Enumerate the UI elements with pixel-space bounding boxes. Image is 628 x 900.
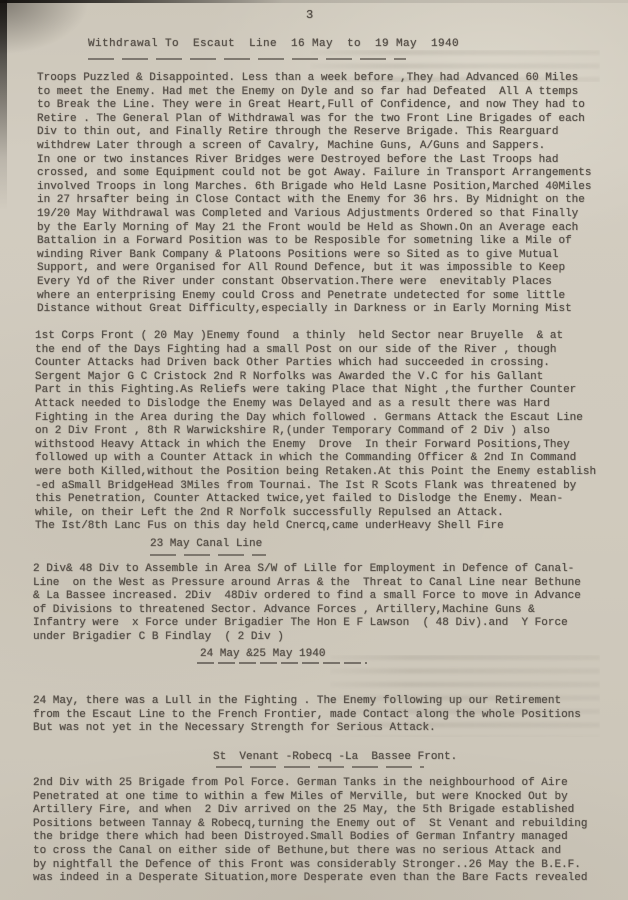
paragraph-lull: 24 May, there was a Lull in the Fighting… xyxy=(33,695,581,736)
scan-corner-smudge xyxy=(0,0,90,55)
page-title: Withdrawal To Escaut Line 16 May to 19 M… xyxy=(88,38,459,52)
paragraph-st-venant: 2nd Div with 25 Brigade from Pol Force. … xyxy=(33,777,588,886)
heading-24-25-may: 24 May &25 May 1940 xyxy=(200,648,325,662)
heading-24-25-may-underline xyxy=(197,662,367,664)
st-venant-heading-underline xyxy=(216,766,424,768)
heading-canal-line: 23 May Canal Line xyxy=(150,538,262,552)
paragraph-corps-front: 1st Corps Front ( 20 May )Enemy found a … xyxy=(35,330,596,534)
canal-heading-underline xyxy=(150,554,266,556)
paragraph-intro: Troops Puzzled & Disappointed. Less than… xyxy=(37,72,592,317)
scan-edge-top xyxy=(0,0,628,3)
page-number: 3 xyxy=(306,9,313,23)
paragraph-canal: 2 Div& 48 Div to Assemble in Area S/W of… xyxy=(33,563,581,645)
scanned-document-page: 3 Withdrawal To Escaut Line 16 May to 19… xyxy=(0,0,628,900)
title-underline xyxy=(88,58,406,60)
heading-st-venant-front: St Venant -Robecq -La Bassee Front. xyxy=(213,751,457,765)
